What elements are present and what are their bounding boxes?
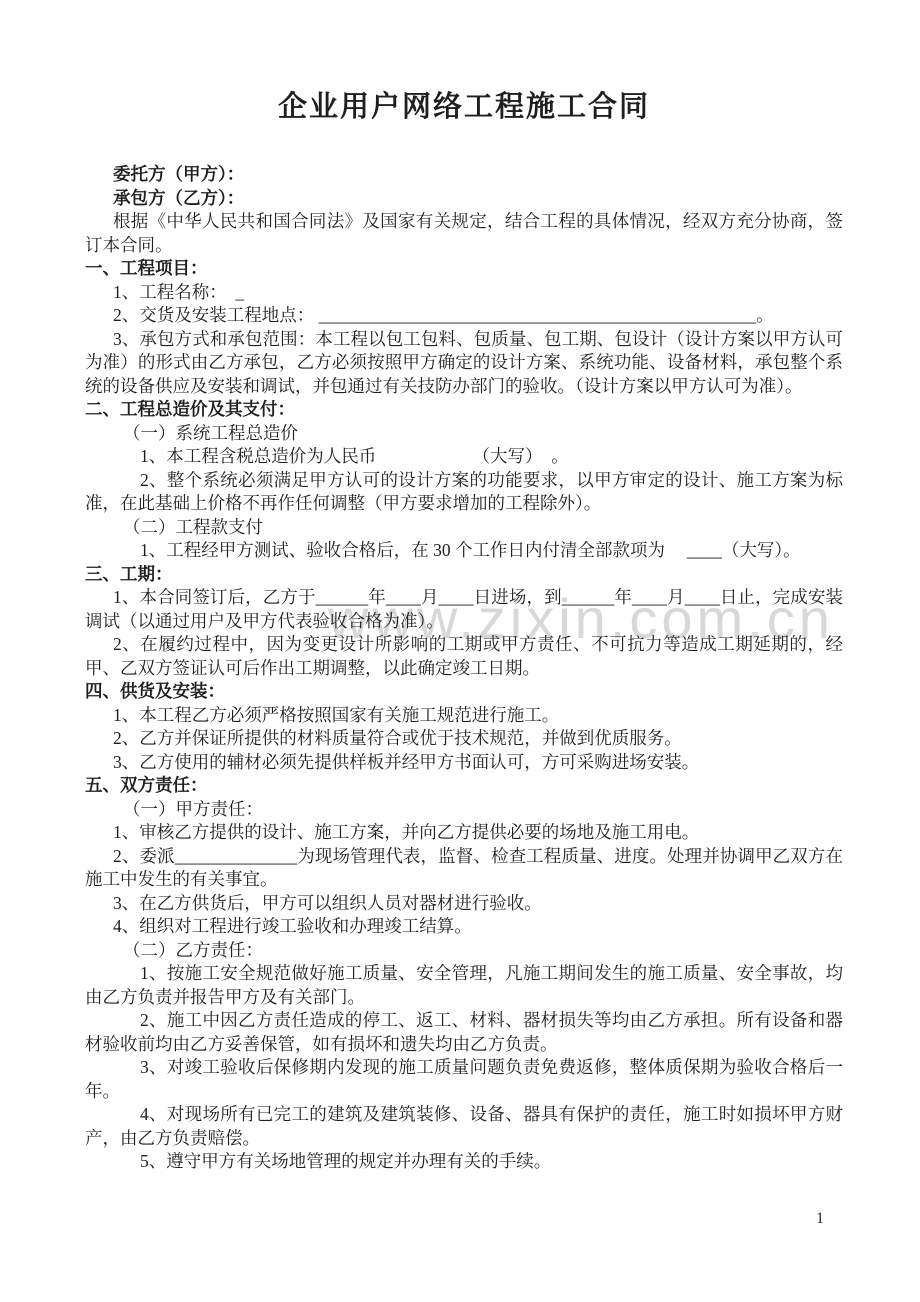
paragraph: 5、遵守甲方有关场地管理的规定并办理有关的手续。 xyxy=(85,1150,843,1174)
paragraph: 3、承包方式和承包范围：本工程以包工包料、包质量、包工期、包设计（设计方案以甲方… xyxy=(85,328,843,399)
paragraph: 3、对竣工验收后保修期内发现的施工质量问题负责免费返修，整体质保期为验收合格后一… xyxy=(85,1056,843,1103)
paragraph: 1、审核乙方提供的设计、施工方案，并向乙方提供必要的场地及施工用电。 xyxy=(85,821,843,845)
paragraph: 承包方（乙方）： xyxy=(85,187,843,211)
paragraph: 委托方（甲方）： xyxy=(85,163,843,187)
paragraph: （二）工程款支付 xyxy=(85,516,843,540)
paragraph: 2、施工中因乙方责任造成的停工、返工、材料、器材损失等均由乙方承担。所有设备和器… xyxy=(85,1009,843,1056)
paragraph: （二）乙方责任： xyxy=(85,939,843,963)
paragraph: 4、对现场所有已完工的建筑及建筑装修、设备、器具有保护的责任，施工时如损坏甲方财… xyxy=(85,1103,843,1150)
paragraph: （一）系统工程总造价 xyxy=(85,422,843,446)
contract-content: 企业用户网络工程施工合同 委托方（甲方）：承包方（乙方）：根据《中华人民共和国合… xyxy=(85,84,843,1174)
paragraph: 1、本合同签订后，乙方于______年____月____日进场，到______年… xyxy=(85,586,843,633)
paragraph: 四、供货及安装： xyxy=(85,680,843,704)
paragraph: 1、按施工安全规范做好施工质量、安全管理，凡施工期间发生的施工质量、安全事故，均… xyxy=(85,962,843,1009)
contract-title: 企业用户网络工程施工合同 xyxy=(85,84,843,125)
paragraph: 3、乙方使用的辅材必须先提供样板并经甲方书面认可，方可采购进场安装。 xyxy=(85,751,843,775)
paragraph: （一）甲方责任： xyxy=(85,798,843,822)
contract-body: 委托方（甲方）：承包方（乙方）：根据《中华人民共和国合同法》及国家有关规定，结合… xyxy=(85,163,843,1174)
paragraph: 根据《中华人民共和国合同法》及国家有关规定，结合工程的具体情况，经双方充分协商，… xyxy=(85,210,843,257)
paragraph: 1、工程经甲方测试、验收合格后，在 30 个工作日内付清全部款项为 ____（大… xyxy=(85,539,843,563)
paragraph: 3、在乙方供货后，甲方可以组织人员对器材进行验收。 xyxy=(85,892,843,916)
paragraph: 2、在履约过程中，因为变更设计所影响的工期或甲方责任、不可抗力等造成工期延期的，… xyxy=(85,633,843,680)
paragraph: 1、本工程含税总造价为人民币 （大写） 。 xyxy=(85,445,843,469)
paragraph: 2、整个系统必须满足甲方认可的设计方案的功能要求，以甲方审定的设计、施工方案为标… xyxy=(85,469,843,516)
paragraph: 1、本工程乙方必须严格按照国家有关施工规范进行施工。 xyxy=(85,704,843,728)
paragraph: 2、委派______________为现场管理代表，监督、检查工程质量、进度。处… xyxy=(85,845,843,892)
paragraph: 一、工程项目： xyxy=(85,257,843,281)
paragraph: 1、工程名称： _ xyxy=(85,281,843,305)
paragraph: 4、组织对工程进行竣工验收和办理竣工结算。 xyxy=(85,915,843,939)
paragraph: 五、双方责任： xyxy=(85,774,843,798)
paragraph: 2、交货及安装工程地点： ___________________________… xyxy=(85,304,843,328)
paragraph: 2、乙方并保证所提供的材料质量符合或优于技术规范，并做到优质服务。 xyxy=(85,727,843,751)
paragraph: 三、工期： xyxy=(85,563,843,587)
page-number: 1 xyxy=(816,1210,824,1228)
paragraph: 二、工程总造价及其支付： xyxy=(85,398,843,422)
document-page: www.zixin.com.cn 企业用户网络工程施工合同 委托方（甲方）：承包… xyxy=(0,0,920,1302)
